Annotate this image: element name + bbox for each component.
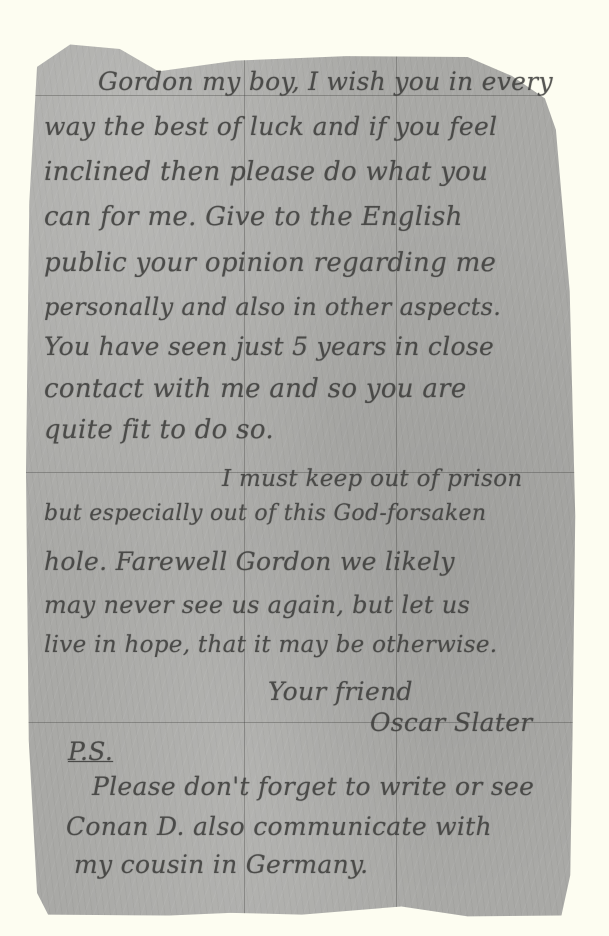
letter-line: but especially out of this God-forsaken [44,497,486,531]
letter-line: quite fit to do so. [44,413,274,447]
letter-line: You have seen just 5 years in close [44,330,494,364]
postscript-line: my cousin in Germany. [74,848,368,882]
letter-line: Gordon my boy, I wish you in every [98,65,553,99]
letter-line: I must keep out of prison [222,462,523,496]
letter-line: live in hope, that it may be otherwise. [44,628,497,662]
letter-line: personally and also in other aspects. [44,290,501,324]
letter-page: Gordon my boy, I wish you in every way t… [0,0,609,936]
postscript-line: Conan D. also communicate with [66,810,492,844]
letter-line: way the best of luck and if you feel [44,110,497,144]
postscript-label: P.S. [68,735,113,769]
letter-closing: Your friend [268,675,413,709]
letter-line: public your opinion regarding me [44,246,496,280]
letter-line: may never see us again, but let us [44,588,470,622]
letter-line: contact with me and so you are [44,372,467,406]
letter-line: can for me. Give to the English [44,200,463,234]
letter-signature: Oscar Slater [370,706,533,740]
letter-line: inclined then please do what you [44,155,488,189]
postscript-line: Please don't forget to write or see [92,770,534,804]
letter-line: hole. Farewell Gordon we likely [44,545,455,579]
